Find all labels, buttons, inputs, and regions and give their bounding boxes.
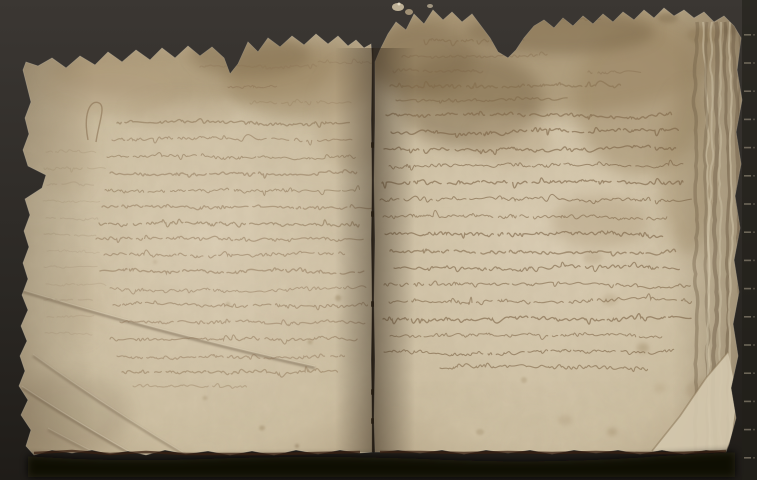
stain-blotch [521, 377, 527, 383]
binding-stitch [371, 301, 374, 307]
scale-tick-dot [753, 401, 755, 403]
scale-tick [744, 288, 751, 290]
stain-blotch [558, 415, 572, 425]
scale-tick [744, 372, 751, 374]
binding-stitch [371, 418, 374, 424]
scale-tick [744, 62, 751, 64]
binding-stitch [371, 142, 374, 148]
scale-tick-dot [753, 231, 755, 233]
scale-tick [744, 147, 751, 149]
scale-tick-dot [753, 457, 755, 459]
scale-tick-dot [753, 260, 755, 262]
stain-blotch [470, 115, 550, 165]
gutter-shadow-right [373, 48, 415, 452]
stain-blotch [552, 196, 648, 248]
scale-tick [744, 316, 751, 318]
stain-blotch [203, 396, 208, 400]
scale-tick-dot [753, 429, 755, 431]
binding-stitch [371, 389, 374, 395]
page-gutter [335, 48, 415, 452]
scale-tick-dot [753, 288, 755, 290]
scale-tick [744, 260, 751, 262]
paper-scrap [398, 3, 401, 6]
scale-tick [744, 34, 751, 36]
stain-blotch [259, 426, 265, 431]
binding-stitch [371, 211, 374, 217]
scale-tick [744, 429, 751, 431]
scale-tick-dot [753, 203, 755, 205]
stain-blotch [607, 428, 617, 436]
scale-tick-dot [753, 344, 755, 346]
scale-tick [744, 401, 751, 403]
scale-tick [744, 119, 751, 121]
stain-blotch [583, 252, 603, 264]
scale-tick [744, 457, 751, 459]
stain-blotch [125, 94, 235, 130]
scale-tick-dot [753, 175, 755, 177]
backdrop-right-band [742, 0, 757, 480]
scale-tick-dot [753, 119, 755, 121]
scale-tick-dot [753, 62, 755, 64]
scale-tick [744, 231, 751, 233]
stain-blotch [295, 444, 299, 448]
scale-tick [744, 344, 751, 346]
paper-scrap [405, 9, 413, 15]
paper-scrap [427, 4, 433, 8]
scale-tick [744, 175, 751, 177]
stain-blotch [153, 260, 157, 264]
scale-tick-dot [753, 147, 755, 149]
scale-tick-dot [753, 90, 755, 92]
scale-tick-dot [753, 372, 755, 374]
scale-tick-dot [753, 316, 755, 318]
gutter-shadow-left [335, 48, 373, 452]
stain-blotch [476, 429, 484, 435]
scale-tick [744, 90, 751, 92]
scale-tick-dot [753, 34, 755, 36]
scale-tick [744, 203, 751, 205]
manuscript-scene [0, 0, 757, 480]
archival-manuscript-photo [0, 0, 757, 480]
